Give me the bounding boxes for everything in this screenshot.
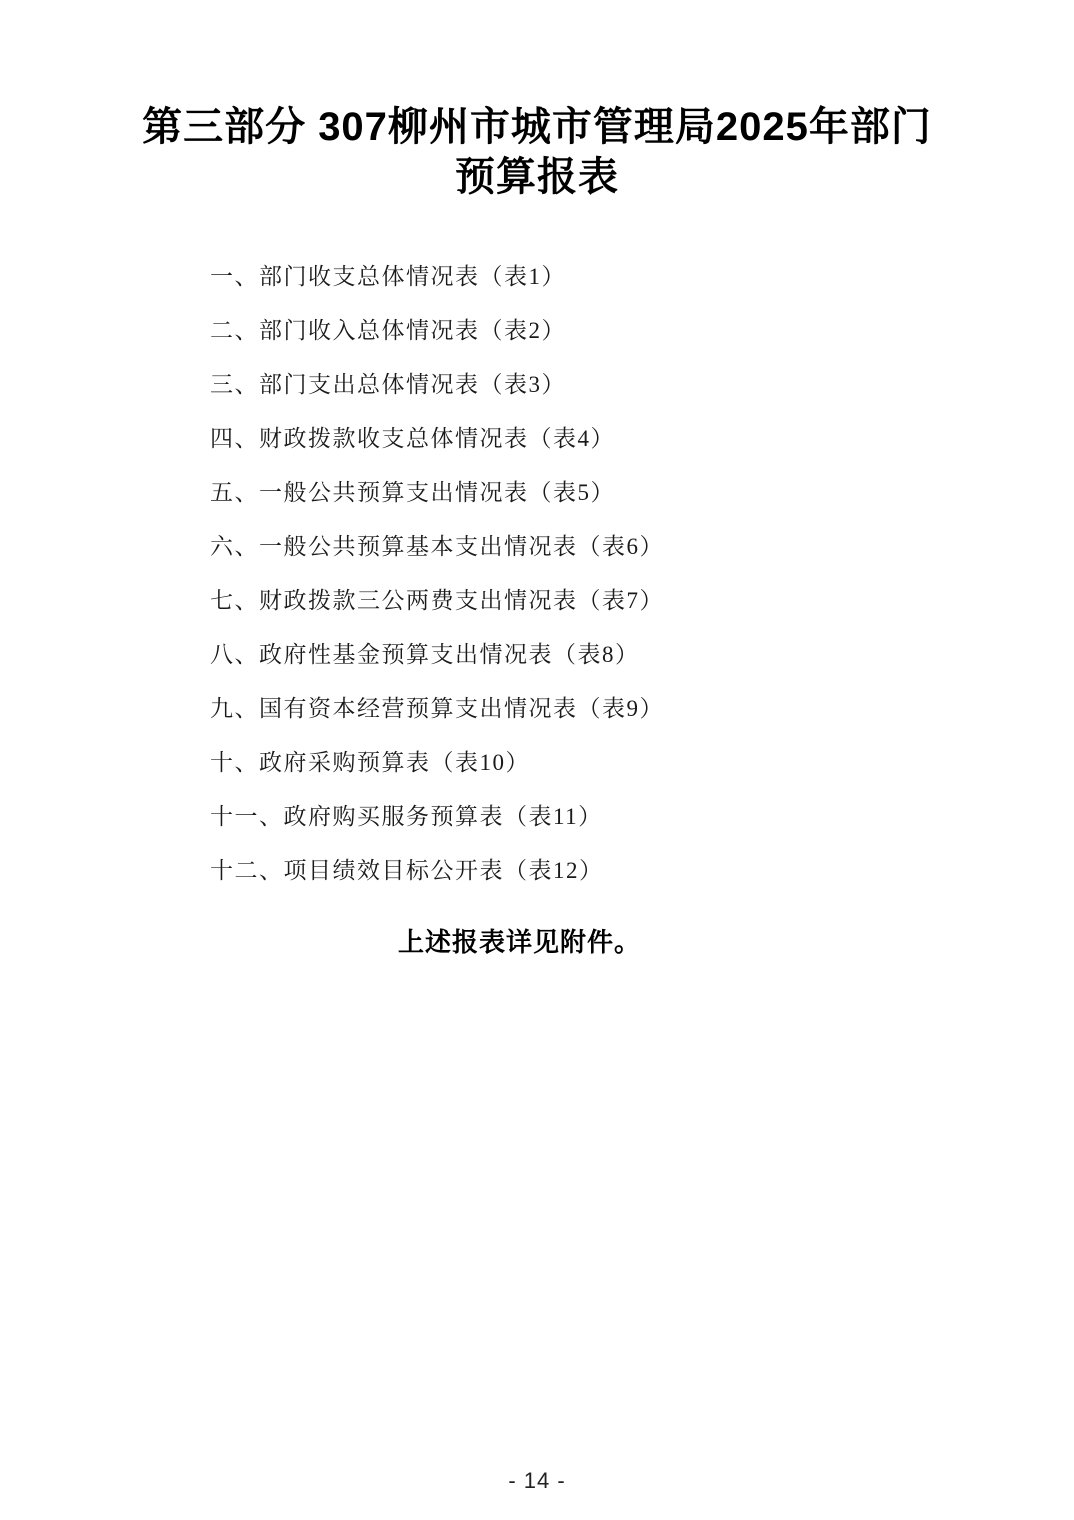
toc-item: 八、政府性基金预算支出情况表（表8） — [210, 628, 1074, 682]
toc-item: 四、财政拨款收支总体情况表（表4） — [210, 412, 1074, 466]
toc-item: 十、政府采购预算表（表10） — [210, 736, 1074, 790]
toc-item: 九、国有资本经营预算支出情况表（表9） — [210, 682, 1074, 736]
page-title-line1: 第三部分 307柳州市城市管理局2025年部门 — [70, 102, 1004, 152]
toc-item: 一、部门收支总体情况表（表1） — [210, 250, 1074, 304]
toc-item: 十一、政府购买服务预算表（表11） — [210, 790, 1074, 844]
page-number: - 14 - — [0, 1468, 1074, 1494]
toc-item: 二、部门收入总体情况表（表2） — [210, 304, 1074, 358]
page-title: 第三部分 307柳州市城市管理局2025年部门 预算报表 — [70, 102, 1004, 202]
toc-item: 五、一般公共预算支出情况表（表5） — [210, 466, 1074, 520]
toc-item: 七、财政拨款三公两费支出情况表（表7） — [210, 574, 1074, 628]
toc-item: 三、部门支出总体情况表（表3） — [210, 358, 1074, 412]
toc-list: 一、部门收支总体情况表（表1） 二、部门收入总体情况表（表2） 三、部门支出总体… — [0, 250, 1074, 898]
attachment-note: 上述报表详见附件。 — [398, 926, 1074, 960]
document-page: 第三部分 307柳州市城市管理局2025年部门 预算报表 一、部门收支总体情况表… — [0, 0, 1074, 1520]
page-title-line2: 预算报表 — [70, 152, 1004, 202]
toc-item: 十二、项目绩效目标公开表（表12） — [210, 844, 1074, 898]
toc-item: 六、一般公共预算基本支出情况表（表6） — [210, 520, 1074, 574]
